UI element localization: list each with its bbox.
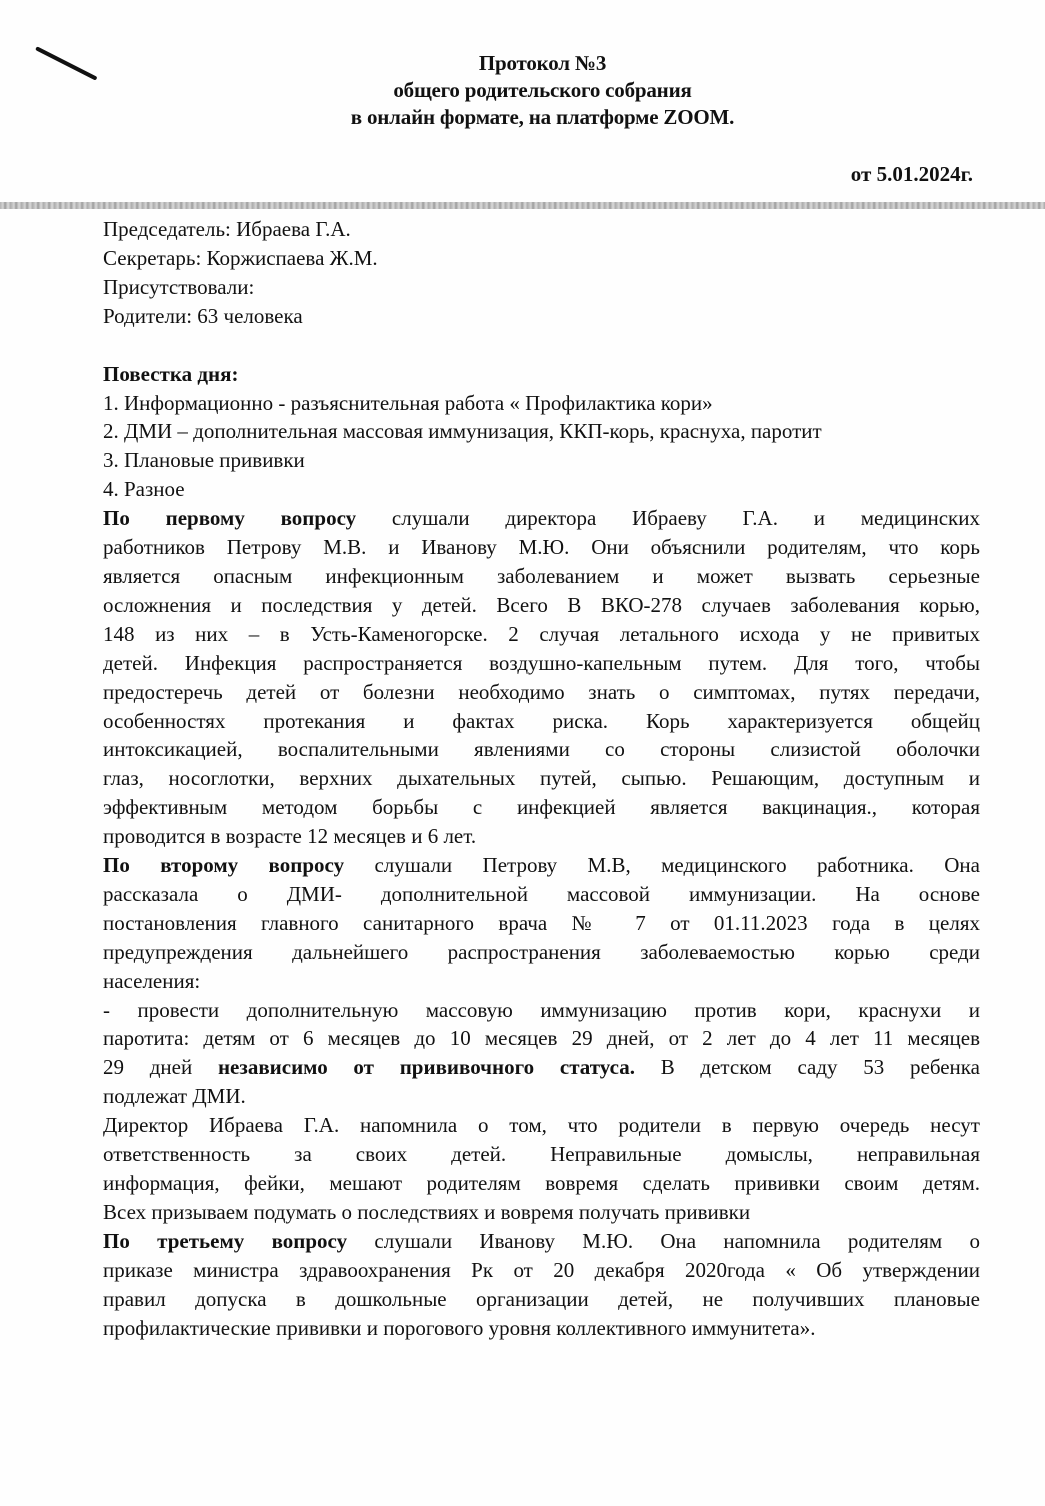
- question-3-line: профилактические прививки и порогового у…: [103, 1314, 980, 1343]
- question-2-line: - провести дополнительную массовую иммун…: [103, 996, 980, 1025]
- question-2-line: По второму вопросу слушали Петрову М.В, …: [103, 851, 980, 880]
- protocol-subtitle-1: общего родительского собрания: [0, 77, 1045, 104]
- question-2-line: рассказала о ДМИ- дополнительной массово…: [103, 880, 980, 909]
- question-1-line: является опасным инфекционным заболевани…: [103, 562, 980, 591]
- question-2-line: постановления главного санитарного врача…: [103, 909, 980, 938]
- director-note-line: информация, фейки, мешают родителям вовр…: [103, 1169, 980, 1198]
- agenda-item: 1. Информационно - разъяснительная работ…: [103, 389, 980, 418]
- question-3-line: приказе министра здравоохранения Рк от 2…: [103, 1256, 980, 1285]
- question-1-lead: По первому вопросу: [103, 506, 356, 530]
- question-1-line: особенностях протекания и фактах риска. …: [103, 707, 980, 736]
- question-2-line: подлежат ДМИ.: [103, 1082, 980, 1111]
- protocol-subtitle-2: в онлайн формате, на платформе ZOOM.: [0, 104, 1045, 131]
- question-1-line: осложнения и последствия у детей. Всего …: [103, 591, 980, 620]
- document-page: Протокол №3 общего родительского собрани…: [0, 0, 1045, 1506]
- director-note-line: ответственность за своих детей. Неправил…: [103, 1140, 980, 1169]
- question-3-line: правил допуска в дошкольные организации …: [103, 1285, 980, 1314]
- question-2-line: предупреждения дальнейшего распространен…: [103, 938, 980, 967]
- question-1-line: предостеречь детей от болезни необходимо…: [103, 678, 980, 707]
- question-1-line: эффективным методом борьбы с инфекцией я…: [103, 793, 980, 822]
- director-note-line: Директор Ибраева Г.А. напомнила о том, ч…: [103, 1111, 980, 1140]
- agenda-item: 4. Разное: [103, 475, 980, 504]
- present-label: Присутствовали:: [103, 273, 980, 302]
- spacer: [103, 331, 980, 360]
- question-1-line: глаз, носоглотки, верхних дыхательных пу…: [103, 764, 980, 793]
- document-header: Протокол №3 общего родительского собрани…: [0, 50, 1045, 131]
- question-2-lead: По второму вопросу: [103, 853, 344, 877]
- question-1-line: работников Петрову М.В. и Иванову М.Ю. О…: [103, 533, 980, 562]
- protocol-date: от 5.01.2024г.: [851, 162, 973, 187]
- chairman: Председатель: Ибраева Г.А.: [103, 215, 980, 244]
- question-1-line: детей. Инфекция распространяется воздушн…: [103, 649, 980, 678]
- question-1-line: интоксикацией, воспалительными явлениями…: [103, 735, 980, 764]
- protocol-title: Протокол №3: [0, 50, 1045, 77]
- agenda-item: 2. ДМИ – дополнительная массовая иммуниз…: [103, 417, 980, 446]
- parents-count: Родители: 63 человека: [103, 302, 980, 331]
- question-3-line: По третьему вопросу слушали Иванову М.Ю.…: [103, 1227, 980, 1256]
- agenda-item: 3. Плановые прививки: [103, 446, 980, 475]
- agenda-heading: Повестка дня:: [103, 360, 980, 389]
- question-2-line: населения:: [103, 967, 980, 996]
- question-1-line: 148 из них – в Усть-Каменогорске. 2 случ…: [103, 620, 980, 649]
- question-3-lead: По третьему вопросу: [103, 1229, 347, 1253]
- emphasis-text: независимо от прививочного статуса.: [218, 1055, 635, 1079]
- document-body: Председатель: Ибраева Г.А. Секретарь: Ко…: [103, 215, 980, 1342]
- question-2-line: 29 дней независимо от прививочного стату…: [103, 1053, 980, 1082]
- question-1-line: проводится в возрасте 12 месяцев и 6 лет…: [103, 822, 980, 851]
- scan-separator-line: [0, 202, 1045, 209]
- secretary: Секретарь: Коржиспаева Ж.М.: [103, 244, 980, 273]
- question-2-line: паротита: детям от 6 месяцев до 10 месяц…: [103, 1024, 980, 1053]
- director-note-line: Всех призываем подумать о последствиях и…: [103, 1198, 980, 1227]
- question-1-line: По первому вопросу слушали директора Ибр…: [103, 504, 980, 533]
